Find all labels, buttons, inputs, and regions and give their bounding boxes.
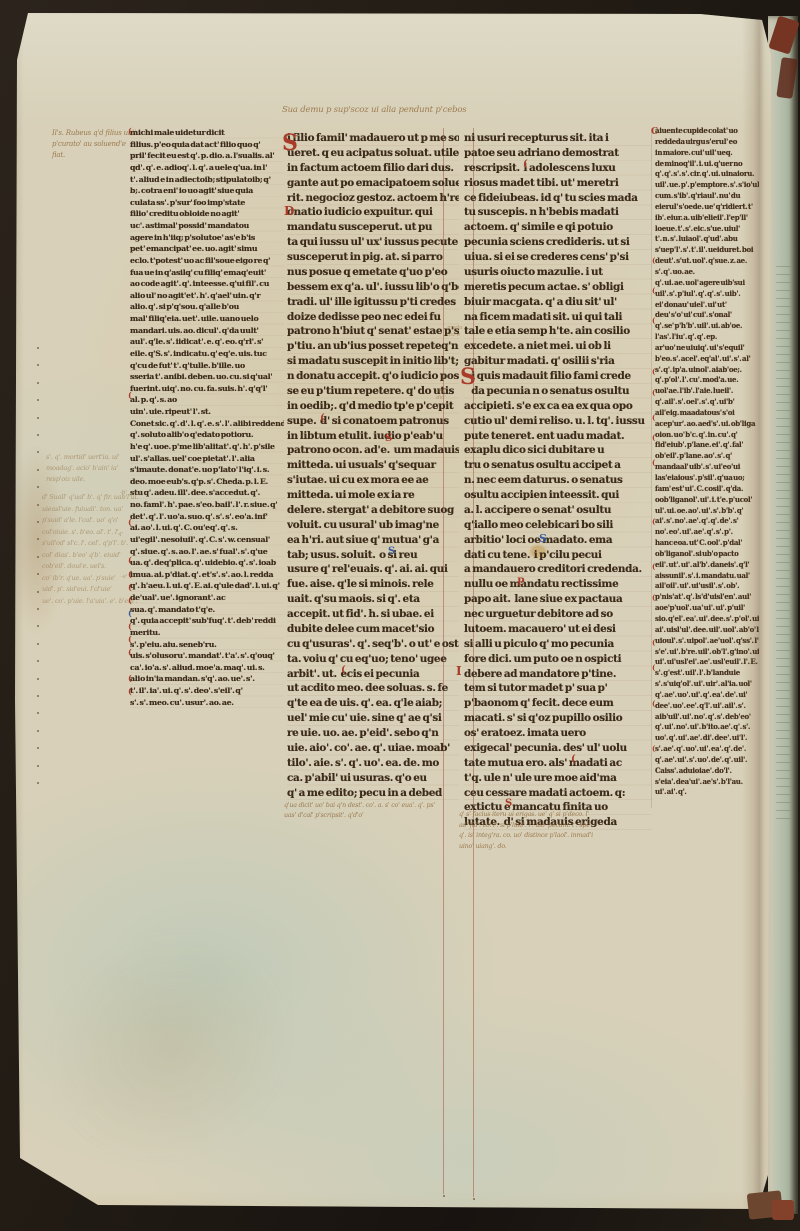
- paragraph-mark: (: [128, 391, 132, 399]
- pricking-hole: [37, 695, 39, 697]
- paragraph-mark: S: [282, 132, 298, 154]
- paragraph-mark: C: [651, 128, 658, 137]
- paragraph-mark: (: [652, 257, 655, 264]
- paragraph-mark: (: [128, 127, 132, 135]
- paragraph-mark: (: [128, 648, 132, 656]
- pricking-hole: [37, 643, 39, 645]
- paragraph-mark: (: [652, 664, 655, 671]
- paragraph-mark: (: [652, 368, 655, 375]
- foot-note-column-2: q' s' facius iteru ui erigas. ue' q' si …: [459, 810, 664, 852]
- scan-board: Sua demu p sup'scoz ui alia pendunt p'ce…: [0, 0, 800, 1231]
- paragraph-mark: (: [652, 317, 655, 324]
- paragraph-mark: (: [652, 563, 655, 570]
- paragraph-mark: (: [523, 160, 528, 170]
- paragraph-mark: (: [128, 609, 132, 617]
- paragraph-mark: D: [284, 205, 294, 217]
- paragraph-mark: S: [539, 533, 547, 544]
- pricking-hole: [37, 434, 39, 436]
- pricking-hole: [37, 347, 39, 349]
- pricking-hole: [37, 469, 39, 471]
- gutter-note: -b': [120, 490, 127, 497]
- paragraph-mark: (: [571, 755, 576, 765]
- paragraph-mark: S: [505, 799, 512, 809]
- paragraph-mark: (: [128, 570, 132, 578]
- ruling-end-dot: [473, 1198, 475, 1200]
- gutter-note: mada toz e: [447, 325, 462, 339]
- paragraph-mark: (: [652, 414, 655, 421]
- binding-leather-scrap-bottom-right-2: [772, 1200, 794, 1220]
- pricking-hole: [37, 730, 39, 732]
- paragraph-mark: (: [128, 674, 132, 682]
- gutter-note: -l': [118, 532, 123, 539]
- paragraph-mark: (: [652, 389, 655, 396]
- paragraph-mark: S: [460, 366, 476, 388]
- pricking-hole: [37, 504, 39, 506]
- main-text-column-2: ni usuri recepturus sit. ita i patoe seu…: [464, 131, 652, 831]
- pricking-hole: [37, 521, 39, 523]
- paragraph-mark: I: [456, 665, 462, 677]
- ruling-end-dot: [443, 1195, 445, 1197]
- paragraph-mark: (: [652, 287, 655, 294]
- facing-page-text-trace: [776, 266, 790, 826]
- paragraph-mark: (: [652, 594, 655, 601]
- paragraph-mark: (: [128, 583, 132, 591]
- main-text-column-1: i filio famil' madauero ut p me sol uere…: [287, 131, 459, 801]
- pricking-hole: [37, 591, 39, 593]
- pricking-hole: [37, 678, 39, 680]
- paragraph-mark: (: [652, 434, 655, 441]
- paragraph-mark: (: [128, 622, 132, 630]
- pricking-hole: [37, 782, 39, 784]
- paragraph-mark: (: [652, 518, 655, 525]
- header-running-note: Sua demu p sup'scoz ui alia pendunt p'ce…: [282, 105, 497, 115]
- paragraph-mark: S: [385, 434, 392, 444]
- pricking-hole: [37, 556, 39, 558]
- facing-page-edge: [768, 16, 798, 1214]
- gloss-column-left: michi male uidetur dicit filius. p'eo qu…: [130, 127, 284, 709]
- paragraph-mark: (: [128, 687, 132, 695]
- paragraph-mark: (: [320, 414, 325, 424]
- pricking-hole: [37, 382, 39, 384]
- paragraph-mark: P: [517, 578, 525, 588]
- paragraph-mark: (: [128, 596, 132, 604]
- paragraph-mark: (: [128, 556, 132, 564]
- manuscript-page: Sua demu p sup'scoz ui alia pendunt p'ce…: [0, 0, 800, 1231]
- paragraph-mark: (: [652, 700, 655, 707]
- margin-gloss-column-right: aiuente cupide colat' uo reddeda uirgu s…: [655, 126, 759, 802]
- pricking-hole: [37, 608, 39, 610]
- pricking-hole: [37, 417, 39, 419]
- paragraph-mark: S: [388, 547, 395, 557]
- paragraph-mark: (: [341, 666, 346, 676]
- paragraph-mark: (: [652, 745, 655, 752]
- paragraph-mark: (: [652, 639, 655, 646]
- gutter-note: -s': [121, 574, 127, 581]
- foot-note-column-1: q'ua dicit' uo' bai q'n dest'. co'. a. s…: [284, 801, 464, 821]
- gutter-note: exa dic': [436, 388, 446, 402]
- paragraph-mark: (: [652, 459, 655, 466]
- paragraph-mark: (: [128, 635, 132, 643]
- paragraph-mark: (: [128, 518, 132, 526]
- pricking-hole: [37, 765, 39, 767]
